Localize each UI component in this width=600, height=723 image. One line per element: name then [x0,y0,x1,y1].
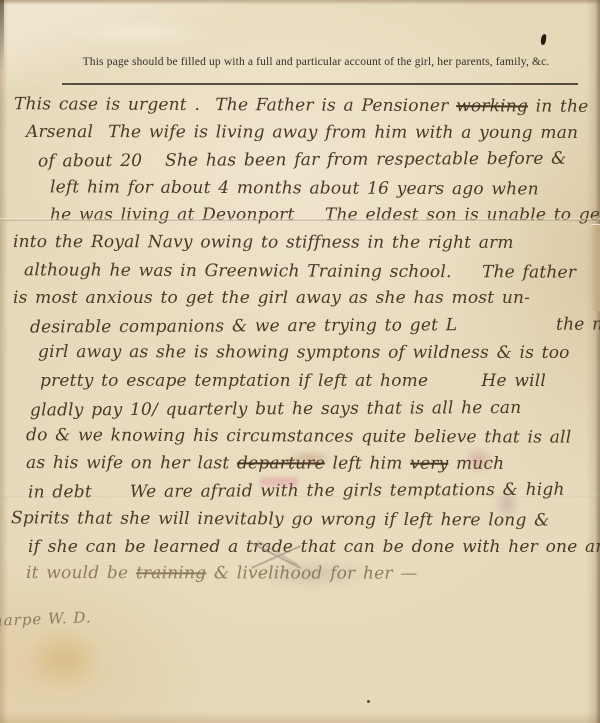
struck-word: very [410,453,448,473]
manuscript-line: in debt We are afraid with the girls tem… [28,477,594,508]
printed-instruction: This page should be filled up with a ful… [50,56,582,68]
manuscript-line: it would be training & livelihood for he… [26,560,594,589]
manuscript-line: left him for about 4 months about 16 yea… [50,174,594,204]
ink-dot [367,700,370,703]
manuscript-line: girl away as she is showing symptons of … [38,339,594,368]
struck-word: departure [237,453,325,473]
scan-edge-shadow [0,0,4,70]
manuscript-line: of about 20 She has been far from respec… [38,146,594,177]
manuscript-line: pretty to escape temptation if left at h… [40,368,594,396]
manuscript-line: Spirits that she will inevitably go wron… [11,505,594,535]
manuscript-line: do & we knowing his circumstances quite … [26,422,594,452]
signature: harpe W. D. [0,608,92,629]
manuscript-line: as his wife on her last departure left h… [26,450,594,479]
manuscript-line: gladly pay 10/ quarterly but he says tha… [30,394,594,425]
struck-word: training [136,563,206,583]
manuscript: This case is urgent . The Father is a Pe… [0,92,594,589]
ink-blot [540,34,546,46]
struck-word: working [456,96,528,116]
document-scan: This page should be filled up with a ful… [0,0,600,723]
header-rule [62,83,578,85]
manuscript-line: into the Royal Navy owing to stiffness i… [13,229,594,258]
manuscript-line: if she can be learned a trade that can b… [28,534,594,562]
paper-highlight [60,18,220,48]
manuscript-line: he was living at Devonport The eldest so… [50,202,594,230]
manuscript-line: This case is urgent . The Father is a Pe… [14,91,594,121]
manuscript-line: although he was in Greenwich Training sc… [24,257,594,287]
manuscript-line: is most anxious to get the girl away as … [13,285,594,313]
yellow-stain [28,628,102,690]
manuscript-line: Arsenal The wife is living away from him… [26,119,594,148]
manuscript-line: desirable companions & we are trying to … [30,311,594,342]
